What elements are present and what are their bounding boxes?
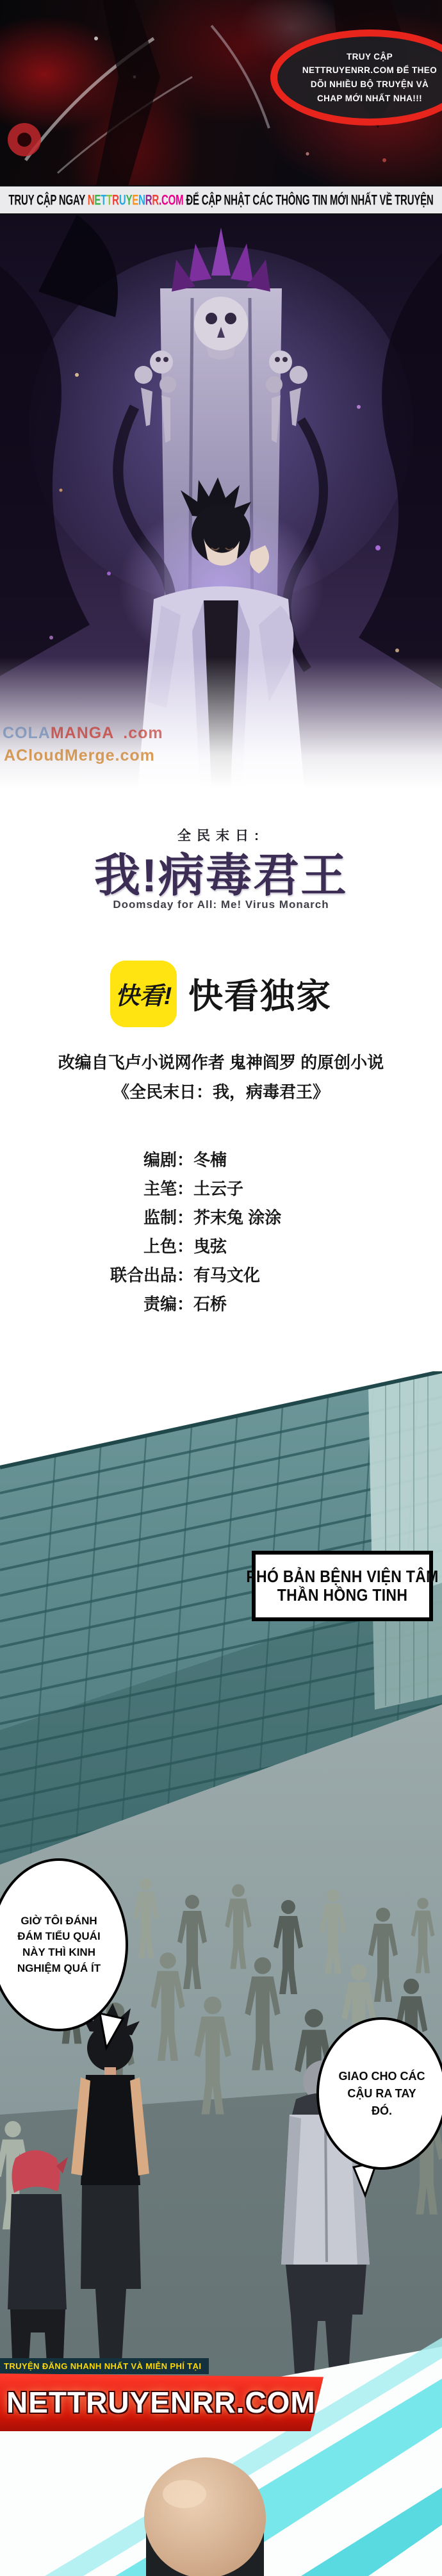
role-value: 有马文化 [193, 1262, 260, 1286]
role-value: 芥末兔 涂涂 [193, 1205, 281, 1228]
promo-site-name: NETTRUYENRR.COM [88, 192, 184, 208]
credit-role-row: 上色：曳弦 [90, 1231, 359, 1260]
credit-role-row: 编剧：冬楠 [90, 1144, 359, 1173]
role-value: 土云子 [193, 1176, 243, 1200]
role-value: 冬楠 [193, 1147, 227, 1171]
credits-block: 改编自飞卢小说网作者 鬼神阎罗 的原创小说 《全民末日：我，病毒君王》 编剧：冬… [0, 1038, 442, 1371]
footer-site-banner: NETTRUYENRR.COM [0, 2374, 323, 2431]
promo-prefix: TRUY CẬP NGAY [8, 192, 87, 208]
role-value: 石桥 [193, 1291, 227, 1315]
credit-role-row: 主笔：土云子 [90, 1173, 359, 1202]
ad-bubble-line: CHAP MỚI NHẤT NHA!!! [317, 92, 422, 106]
watermark-colamanga: COLAMANGA.com [3, 724, 163, 743]
footer-site-name: NETTRUYENRR.COM [6, 2385, 316, 2420]
caption-line: PHÓ BẢN BỆNH VIỆN TÂM [246, 1567, 438, 1587]
novel-title: 《全民末日：我，病毒君王》 [0, 1079, 442, 1103]
role-label: 责编： [90, 1291, 193, 1315]
watermark-part: COLA [3, 724, 51, 742]
role-label: 主笔： [90, 1176, 193, 1200]
credit-role-row: 联合出品：有马文化 [90, 1260, 359, 1289]
series-title: 我!病毒君王 [0, 838, 442, 905]
kuaikan-logo-icon: 快看! [110, 961, 177, 1027]
promo-strip-text: TRUY CẬP NGAY NETTRUYENRR.COM ĐỂ CẬP NHẬ… [8, 192, 433, 208]
title-block: 全民末日: 我!病毒君王 Doomsday for All: Me! Virus… [0, 788, 442, 948]
role-label: 监制： [90, 1205, 193, 1228]
comic-reader-page: TRUY CẬP NETTRUYENRR.COM ĐỂ THEO DÕI NHI… [0, 0, 442, 2576]
ad-bubble-line: TRUY CẬP [347, 50, 393, 64]
speech-bubble-tail [97, 2012, 136, 2057]
credit-role-row: 监制：芥末兔 涂涂 [90, 1202, 359, 1231]
footer-tagline: TRUYỆN ĐĂNG NHANH NHẤT VÀ MIỄN PHÍ TẠI [0, 2358, 209, 2374]
watermark-part: MANGA [51, 724, 114, 742]
role-value: 曳弦 [193, 1234, 227, 1257]
credit-role-row: 责编：石桥 [90, 1289, 359, 1317]
comic-panel: PHÓ BẢN BỆNH VIỆN TÂM THẦN HỒNG TINH GIỜ… [0, 1371, 442, 2576]
series-subtitle-english: Doomsday for All: Me! Virus Monarch [0, 898, 442, 911]
watermark-cloudmerge: ACloudMerge.com [4, 747, 155, 765]
cover-art [0, 215, 442, 788]
top-ad-banner: TRUY CẬP NETTRUYENRR.COM ĐỂ THEO DÕI NHI… [0, 0, 442, 186]
role-label: 上色： [90, 1234, 193, 1257]
adaptation-line: 改编自飞卢小说网作者 鬼神阎罗 的原创小说 [0, 1050, 442, 1073]
ad-bubble-line: NETTRUYENRR.COM ĐỂ THEO [302, 63, 437, 78]
bald-head-foreground [144, 2457, 266, 2576]
publisher-row: 快看! 快看独家 [0, 947, 442, 1040]
role-label: 编剧： [90, 1147, 193, 1171]
caption-line: THẦN HỒNG TINH [277, 1585, 408, 1605]
cover-art-section: COLAMANGA.com ACloudMerge.com [0, 215, 442, 788]
speech-bubble-right: GIAO CHO CÁC CẬU RA TAY ĐÓ. [316, 2017, 442, 2170]
publisher-label: 快看独家 [188, 969, 332, 1018]
credit-roles: 编剧：冬楠 主笔：土云子 监制：芥末兔 涂涂 上色：曳弦 联合出品：有马文化 责… [90, 1144, 359, 1317]
promo-suffix: ĐỂ CẬP NHẬT CÁC THÔNG TIN MỚI NHẤT VỀ TR… [183, 192, 433, 208]
ad-bubble-line: DÕI NHIỀU BỘ TRUYỆN VÀ [311, 78, 429, 92]
role-label: 联合出品： [90, 1262, 193, 1286]
location-caption-box: PHÓ BẢN BỆNH VIỆN TÂM THẦN HỒNG TINH [252, 1551, 433, 1621]
watermark-part: .com [114, 724, 163, 742]
promo-strip: TRUY CẬP NGAY NETTRUYENRR.COM ĐỂ CẬP NHẬ… [0, 185, 442, 215]
